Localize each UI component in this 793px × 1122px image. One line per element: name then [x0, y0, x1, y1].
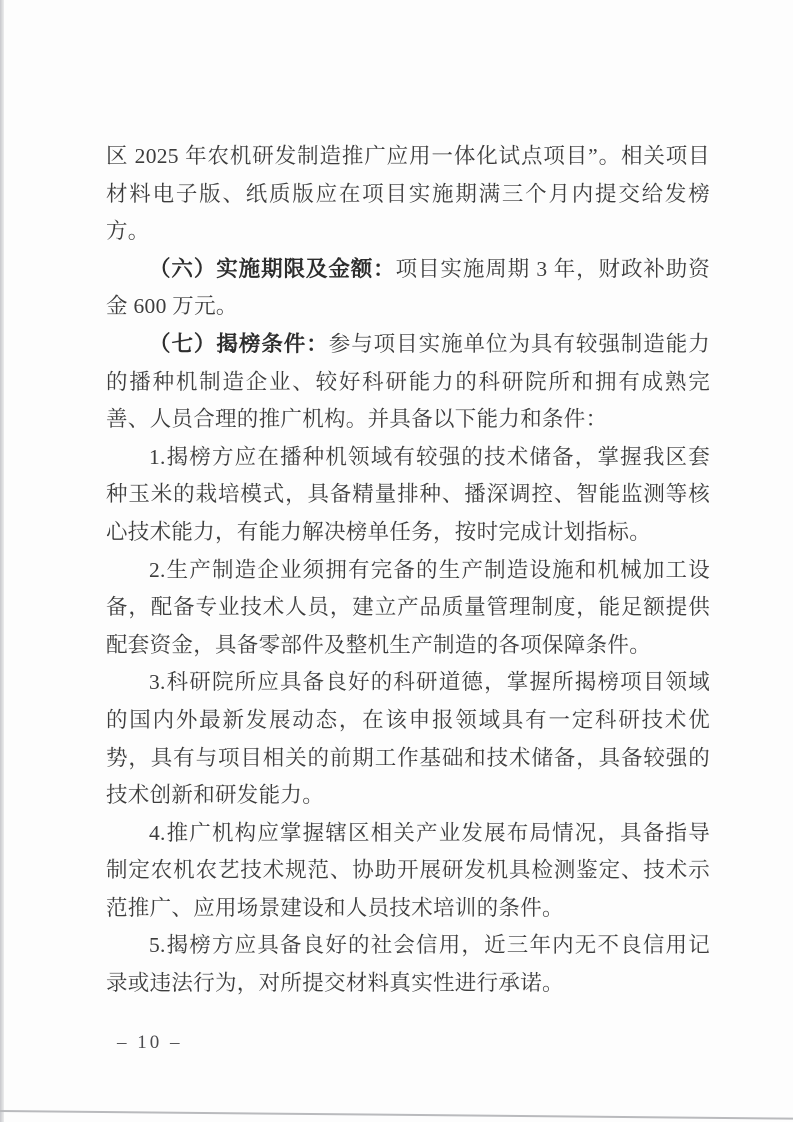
document-body: 区 2025 年农机研发制造推广应用一体化试点项目”。相关项目材料电子版、纸质版…: [106, 138, 710, 1003]
para-condition-2: 2.生产制造企业须拥有完备的生产制造设施和机械加工设备，配备专业技术人员，建立产…: [106, 552, 710, 665]
para-condition-4: 4.推广机构应掌握辖区相关产业发展布局情况，具备指导制定农机农艺技术规范、协助开…: [106, 815, 710, 928]
paragraph-text: 1.揭榜方应在播种机领域有较强的技术储备，掌握我区套种玉米的栽培模式，具备精量排…: [106, 445, 710, 544]
para-condition-5: 5.揭榜方应具备良好的社会信用，近三年内无不良信用记录或违法行为，对所提交材料真…: [106, 927, 710, 1002]
page-number: – 10 –: [117, 1032, 183, 1054]
para-continuation: 区 2025 年农机研发制造推广应用一体化试点项目”。相关项目材料电子版、纸质版…: [106, 138, 710, 251]
paragraph-text: 5.揭榜方应具备良好的社会信用，近三年内无不良信用记录或违法行为，对所提交材料真…: [106, 933, 710, 995]
para-condition-3: 3.科研院所应具备良好的科研道德，掌握所揭榜项目领域的国内外最新发展动态，在该申…: [106, 664, 710, 814]
scanned-document-page: 区 2025 年农机研发制造推广应用一体化试点项目”。相关项目材料电子版、纸质版…: [0, 0, 793, 1122]
paragraph-text: 区 2025 年农机研发制造推广应用一体化试点项目”。相关项目材料电子版、纸质版…: [106, 144, 710, 243]
paragraph-label: （六）实施期限及金额：: [149, 257, 396, 281]
paragraph-text: 4.推广机构应掌握辖区相关产业发展布局情况，具备指导制定农机农艺技术规范、协助开…: [106, 821, 710, 920]
paragraph-text: 3.科研院所应具备良好的科研道德，掌握所揭榜项目领域的国内外最新发展动态，在该申…: [106, 670, 710, 807]
paragraph-text: 2.生产制造企业须拥有完备的生产制造设施和机械加工设备，配备专业技术人员，建立产…: [106, 558, 710, 657]
scan-edge-bottom: [0, 1110, 793, 1120]
para-award-conditions: （七）揭榜条件：参与项目实施单位为具有较强制造能力的播种机制造企业、较好科研能力…: [106, 326, 710, 439]
paragraph-label: （七）揭榜条件：: [149, 332, 329, 356]
para-implementation-period: （六）实施期限及金额：项目实施周期 3 年，财政补助资金 600 万元。: [106, 251, 710, 326]
para-condition-1: 1.揭榜方应在播种机领域有较强的技术储备，掌握我区套种玉米的栽培模式，具备精量排…: [106, 439, 710, 552]
scan-edge-left: [0, 0, 4, 1122]
